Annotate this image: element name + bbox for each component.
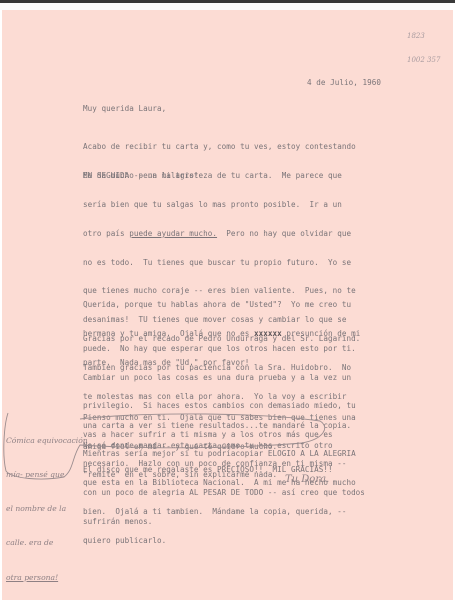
- greeting: Muy querida Laura,: [83, 104, 166, 114]
- text-segment: otro país: [83, 229, 129, 238]
- scan-edge: [0, 0, 455, 3]
- text-line: no es todo. Tu tienes que buscar tu prop…: [83, 258, 365, 268]
- letter-date: 4 de Julio, 1960: [307, 78, 381, 88]
- note-line: calle. era de: [6, 537, 88, 548]
- text-line: Tambien gracias por tu paciencia con la …: [83, 363, 360, 373]
- note-line: Cómica equivocación: [6, 435, 88, 446]
- note-line: el nombre de la: [6, 503, 88, 514]
- archive-number: 1823 1002 357: [407, 16, 440, 72]
- text-line: bien. Ojalá a ti tambien. Mándame la cop…: [83, 507, 360, 517]
- archive-number-2: 1002 357: [407, 56, 440, 64]
- signature: Tu Dora.: [285, 474, 329, 485]
- note-line: mía- pensé que: [6, 469, 88, 480]
- note-line: otra persona!: [6, 572, 88, 583]
- archive-number-1: 1823: [407, 32, 440, 40]
- text-line: quiero publicarlo.: [83, 536, 360, 546]
- text-segment: Pero no hay que olvidar que: [217, 229, 351, 238]
- text-line: sería bien que tu salgas lo mas pronto p…: [83, 200, 365, 210]
- text-line: otro país puede ayudar mucho. Pero no ha…: [83, 229, 365, 239]
- text-line: Acabo de recibir tu carta y, como tu ves…: [83, 142, 356, 152]
- text-line: Gracias por el recado de Pedro Undurraga…: [83, 334, 360, 344]
- underlined-phrase: puede ayudar mucho.: [129, 229, 217, 238]
- handwritten-margin-note: Cómica equivocación mía- pensé que el no…: [6, 412, 88, 595]
- text-line: Querida, porque tu hablas ahora de "Uste…: [83, 300, 360, 310]
- text-line: Me da mucho pena la tristeza de tu carta…: [83, 171, 365, 181]
